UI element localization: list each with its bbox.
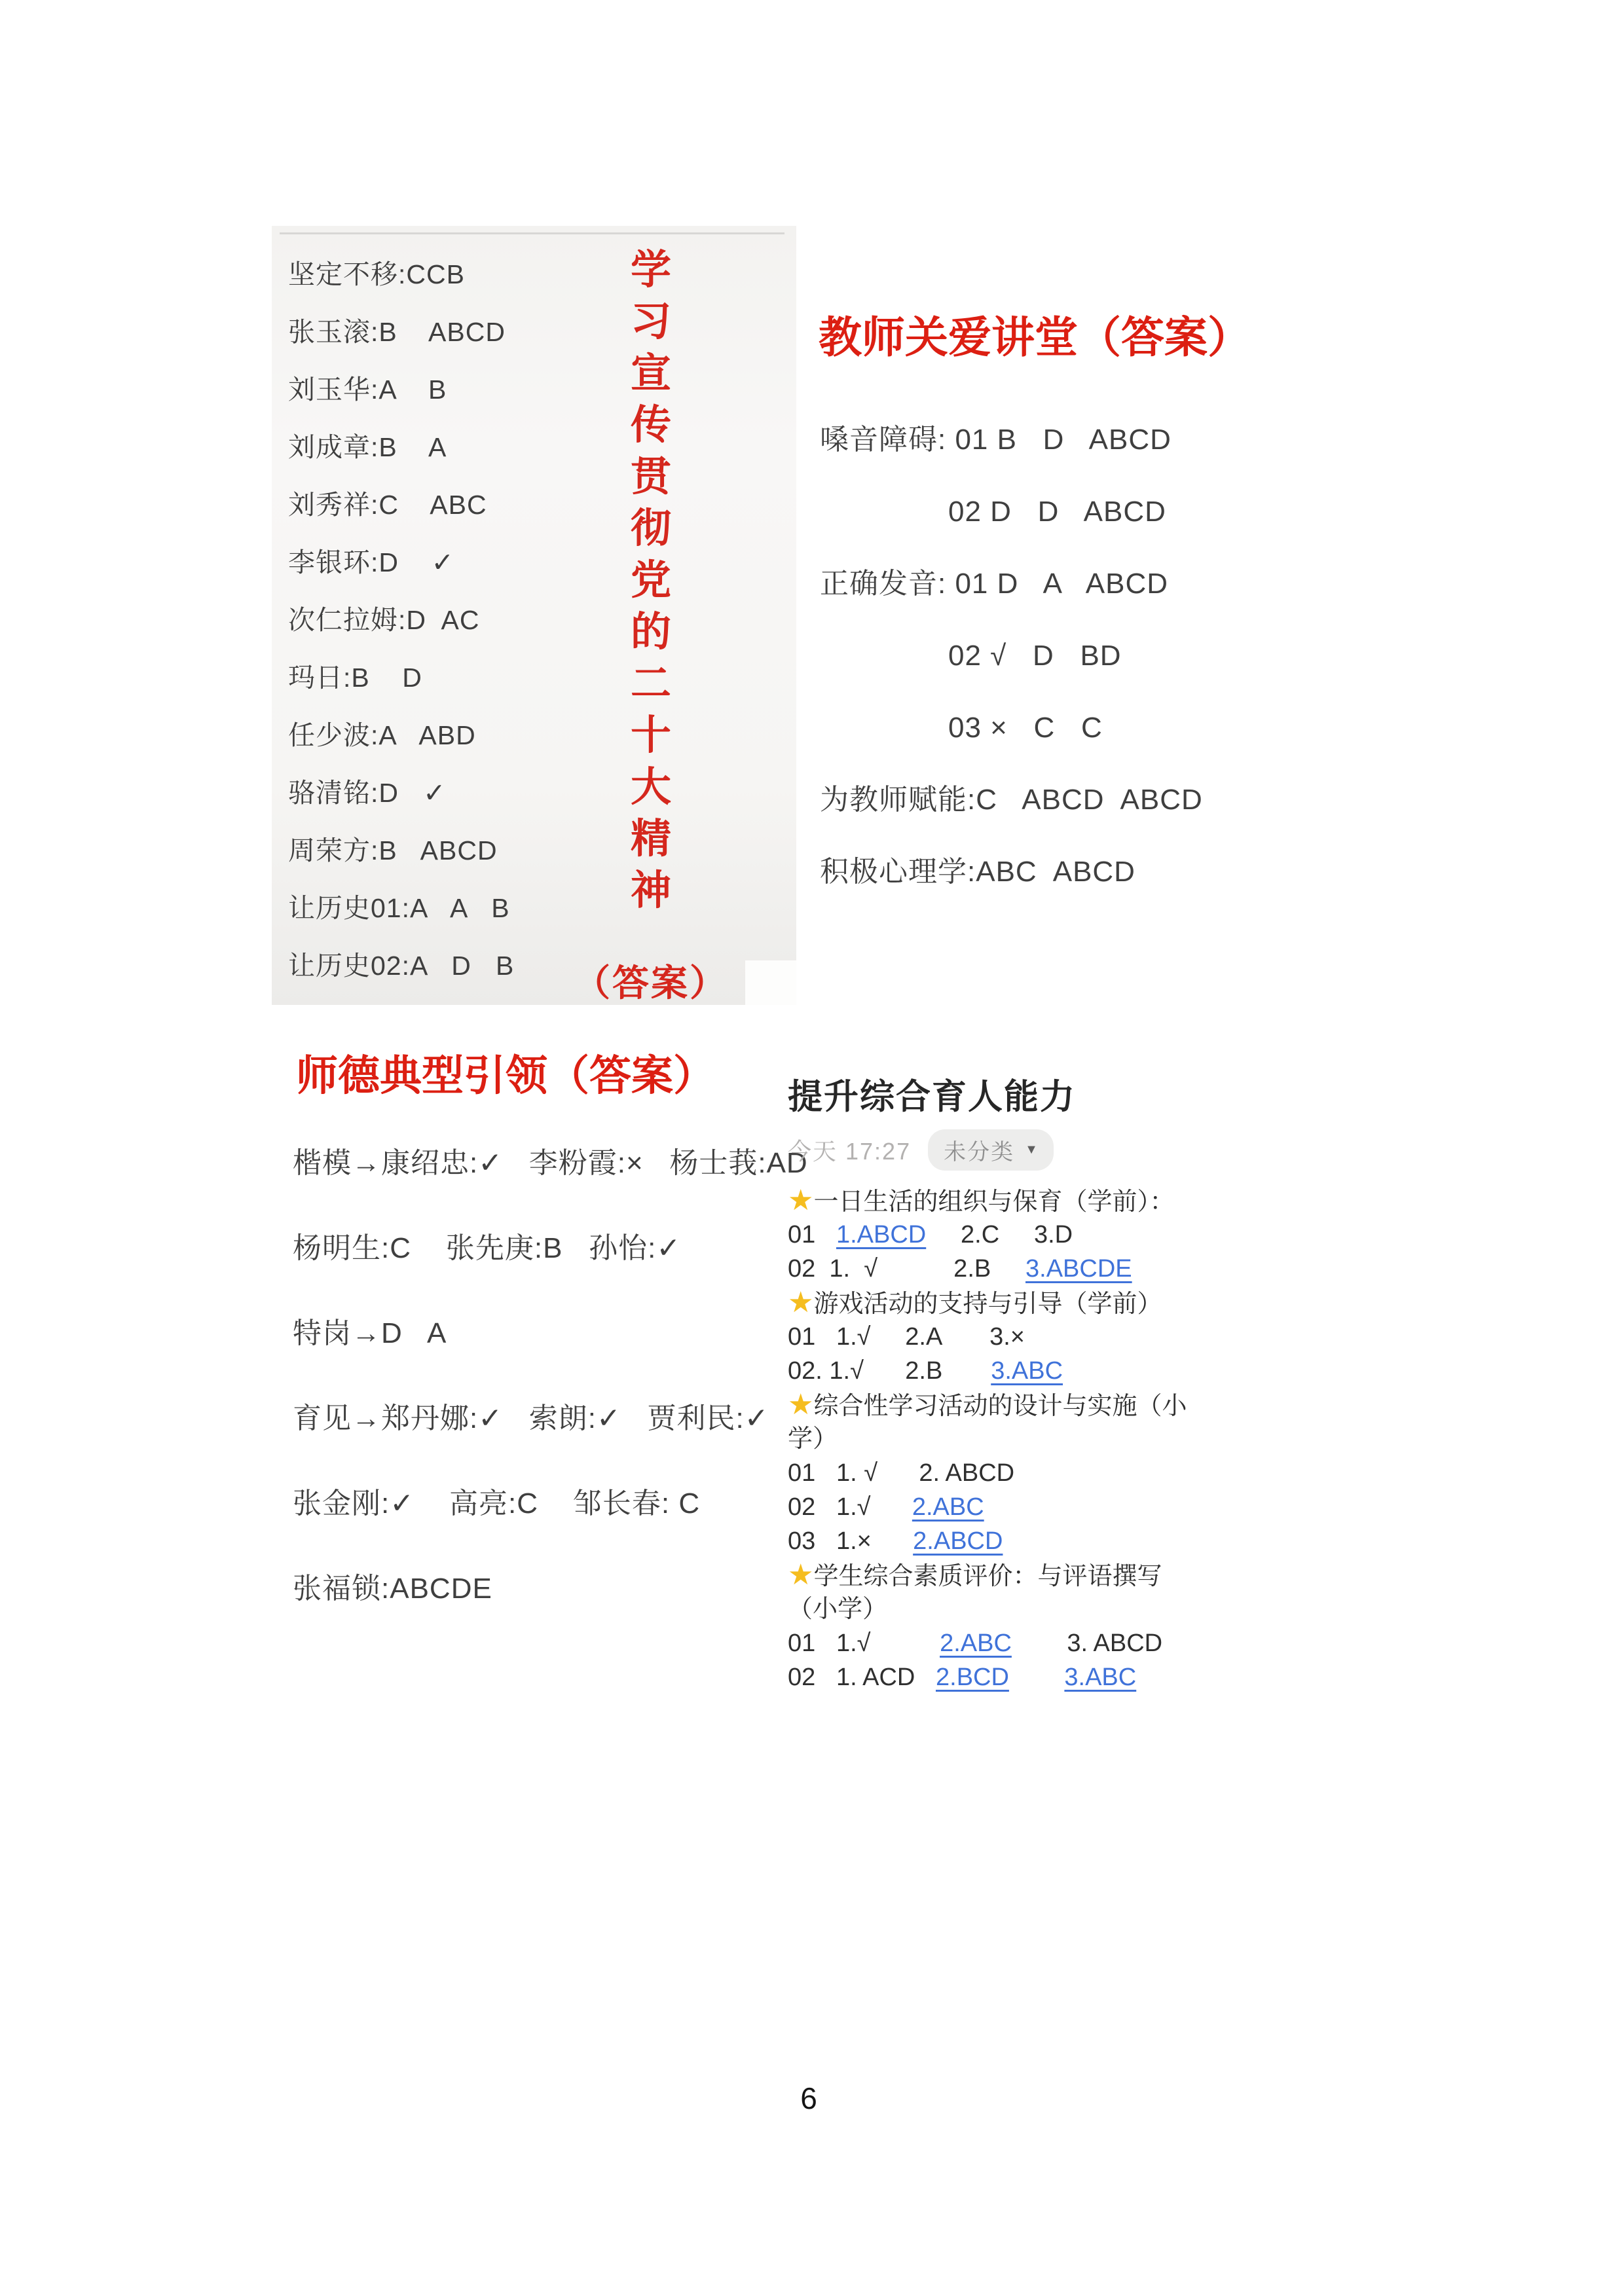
shide-title: 师德典型引领（答案） <box>296 1042 715 1102</box>
yuren-answers-list: ★一日生活的组织与保育（学前）：01 1.ABCD 2.C 3.D02 1. √… <box>788 1184 1331 1694</box>
answer-row: 正确发音: 01 D A ABCD <box>820 548 1203 620</box>
star-icon: ★ <box>788 1389 813 1421</box>
answer-row: ★游戏活动的支持与引导（学前） <box>788 1286 1331 1320</box>
answer-row: 张金刚:✓ 高亮:C 邹长春: C <box>293 1461 808 1546</box>
vertical-title-suffix: （答案） <box>574 955 728 1007</box>
answer-row: 玛日:B D <box>288 649 514 706</box>
answer-text: 03 1.× <box>788 1527 913 1555</box>
teacher-care-answers-list: 嗓音障碍: 01 B D ABCD02 D D ABCD正确发音: 01 D A… <box>820 404 1203 908</box>
answer-link[interactable]: 3.ABC <box>1064 1664 1136 1691</box>
answer-row: 周荣方:B ABCD <box>288 822 514 879</box>
answer-row: 嗓音障碍: 01 B D ABCD <box>820 404 1203 476</box>
screenshot-edge-artifact <box>745 960 796 1005</box>
answer-link[interactable]: 3.ABCDE <box>1025 1255 1132 1283</box>
answer-row: 骆清铭:D ✓ <box>288 764 514 822</box>
answer-text: 游戏活动的支持与引导（学前） <box>813 1290 1162 1318</box>
answer-row: 让历史01:A A B <box>288 879 514 937</box>
note-timestamp: 今天 17:27 <box>788 1133 911 1167</box>
vertical-red-title: 学习宣传贯彻党的二十大精神 <box>627 245 675 917</box>
category-label: 未分类 <box>944 1134 1014 1166</box>
answer-row: 01 1.√ 2.A 3.× <box>788 1320 1331 1354</box>
answer-row: 杨明生:C 张先庚:B 孙怡:✓ <box>293 1206 808 1291</box>
answer-link[interactable]: 2.ABC <box>940 1630 1012 1657</box>
answer-text: 综合性学习活动的设计与实施（小 <box>813 1393 1187 1420</box>
star-icon: ★ <box>788 1184 813 1216</box>
answer-row: 任少波:A ABD <box>288 706 514 764</box>
answer-row: 刘玉华:A B <box>288 361 514 418</box>
answer-row: 育见→郑丹娜:✓ 索朗:✓ 贾利民:✓ <box>293 1376 808 1461</box>
answer-text: 一日生活的组织与保育（学前）： <box>813 1188 1174 1216</box>
answer-row: 02 1. ACD 2.BCD 3.ABC <box>788 1660 1331 1694</box>
answer-row: 03 1.× 2.ABCD <box>788 1524 1331 1558</box>
answer-row: 积极心理学:ABC ABCD <box>820 836 1203 908</box>
answer-row: ★综合性学习活动的设计与实施（小 <box>788 1388 1331 1422</box>
answer-row: 02. 1.√ 2.B 3.ABC <box>788 1354 1331 1388</box>
answer-text: 2.C 3.D <box>926 1221 1073 1248</box>
answer-row: 次仁拉姆:D AC <box>288 591 514 649</box>
shide-answers-list: 楷模→康绍忠:✓ 李粉霞:× 杨士莪:AD杨明生:C 张先庚:B 孙怡:✓特岗→… <box>293 1121 808 1631</box>
answer-row: 李银环:D ✓ <box>288 534 514 591</box>
answer-row: 02 1.√ 2.ABC <box>788 1490 1331 1524</box>
answer-row: 03 × C C <box>820 692 1203 764</box>
category-dropdown[interactable]: 未分类 ▼ <box>928 1129 1054 1171</box>
answer-text: 学生综合素质评价：与评语撰写 <box>813 1563 1162 1590</box>
answer-row: 为教师赋能:C ABCD ABCD <box>820 764 1203 836</box>
answer-row: 学） <box>788 1422 1331 1456</box>
star-icon: ★ <box>788 1286 813 1319</box>
divider-line <box>280 232 784 234</box>
answer-text: 02 1. ACD <box>788 1664 936 1691</box>
party-spirit-answers-panel: 坚定不移:CCB张玉滚:B ABCD刘玉华:A B刘成章:B A刘秀祥:C AB… <box>272 226 796 1005</box>
document-page: 坚定不移:CCB张玉滚:B ABCD刘玉华:A B刘成章:B A刘秀祥:C AB… <box>0 0 1624 2296</box>
answer-text: 学） <box>788 1425 838 1453</box>
answer-text: 01 1.√ 2.A 3.× <box>788 1323 1025 1351</box>
answer-row: 02 1. √ 2.B 3.ABCDE <box>788 1252 1331 1286</box>
answer-text: 02 1. √ 2.B <box>788 1255 1025 1283</box>
answer-text: 01 <box>788 1221 836 1248</box>
answer-row: 特岗→D A <box>293 1291 808 1376</box>
answer-text: 3. ABCD <box>1012 1630 1162 1657</box>
star-icon: ★ <box>788 1559 813 1591</box>
note-title: 提升综合育人能力 <box>788 1069 1331 1119</box>
teacher-care-title: 教师关爱讲堂（答案） <box>819 302 1251 365</box>
answer-text <box>1009 1664 1064 1691</box>
answer-text: 01 1.√ <box>788 1630 940 1657</box>
answer-row: 01 1. √ 2. ABCD <box>788 1456 1331 1490</box>
answer-row: 01 1.√ 2.ABC 3. ABCD <box>788 1626 1331 1660</box>
answer-row: 让历史02:A D B <box>288 937 514 994</box>
answer-row: 02 D D ABCD <box>820 476 1203 548</box>
answer-row: 01 1.ABCD 2.C 3.D <box>788 1218 1331 1252</box>
answer-link[interactable]: 3.ABC <box>991 1357 1063 1385</box>
answer-row: ★学生综合素质评价：与评语撰写 <box>788 1558 1331 1592</box>
answer-row: 张福锁:ABCDE <box>293 1546 808 1631</box>
party-answers-list: 坚定不移:CCB张玉滚:B ABCD刘玉华:A B刘成章:B A刘秀祥:C AB… <box>288 246 514 994</box>
answer-text: 01 1. √ 2. ABCD <box>788 1459 1014 1487</box>
answer-row: 楷模→康绍忠:✓ 李粉霞:× 杨士莪:AD <box>293 1121 808 1206</box>
answer-row: 刘秀祥:C ABC <box>288 476 514 534</box>
answer-link[interactable]: 2.ABCD <box>913 1527 1003 1555</box>
answer-link[interactable]: 2.ABC <box>912 1493 984 1521</box>
answer-row: 坚定不移:CCB <box>288 246 514 303</box>
answer-row: 刘成章:B A <box>288 418 514 476</box>
answer-text: （小学） <box>788 1595 887 1623</box>
answer-link[interactable]: 1.ABCD <box>836 1221 926 1248</box>
yuren-note-panel: 提升综合育人能力 今天 17:27 未分类 ▼ ★一日生活的组织与保育（学前）：… <box>788 1069 1331 1694</box>
answer-row: ★一日生活的组织与保育（学前）： <box>788 1184 1331 1218</box>
answer-text: 02. 1.√ 2.B <box>788 1357 991 1385</box>
answer-text: 02 1.√ <box>788 1493 912 1521</box>
chevron-down-icon: ▼ <box>1025 1142 1038 1157</box>
answer-row: （小学） <box>788 1592 1331 1626</box>
answer-row: 张玉滚:B ABCD <box>288 303 514 361</box>
page-number: 6 <box>773 2081 845 2116</box>
answer-row: 02 √ D BD <box>820 620 1203 692</box>
note-meta-row: 今天 17:27 未分类 ▼ <box>788 1129 1331 1171</box>
answer-link[interactable]: 2.BCD <box>936 1664 1009 1691</box>
